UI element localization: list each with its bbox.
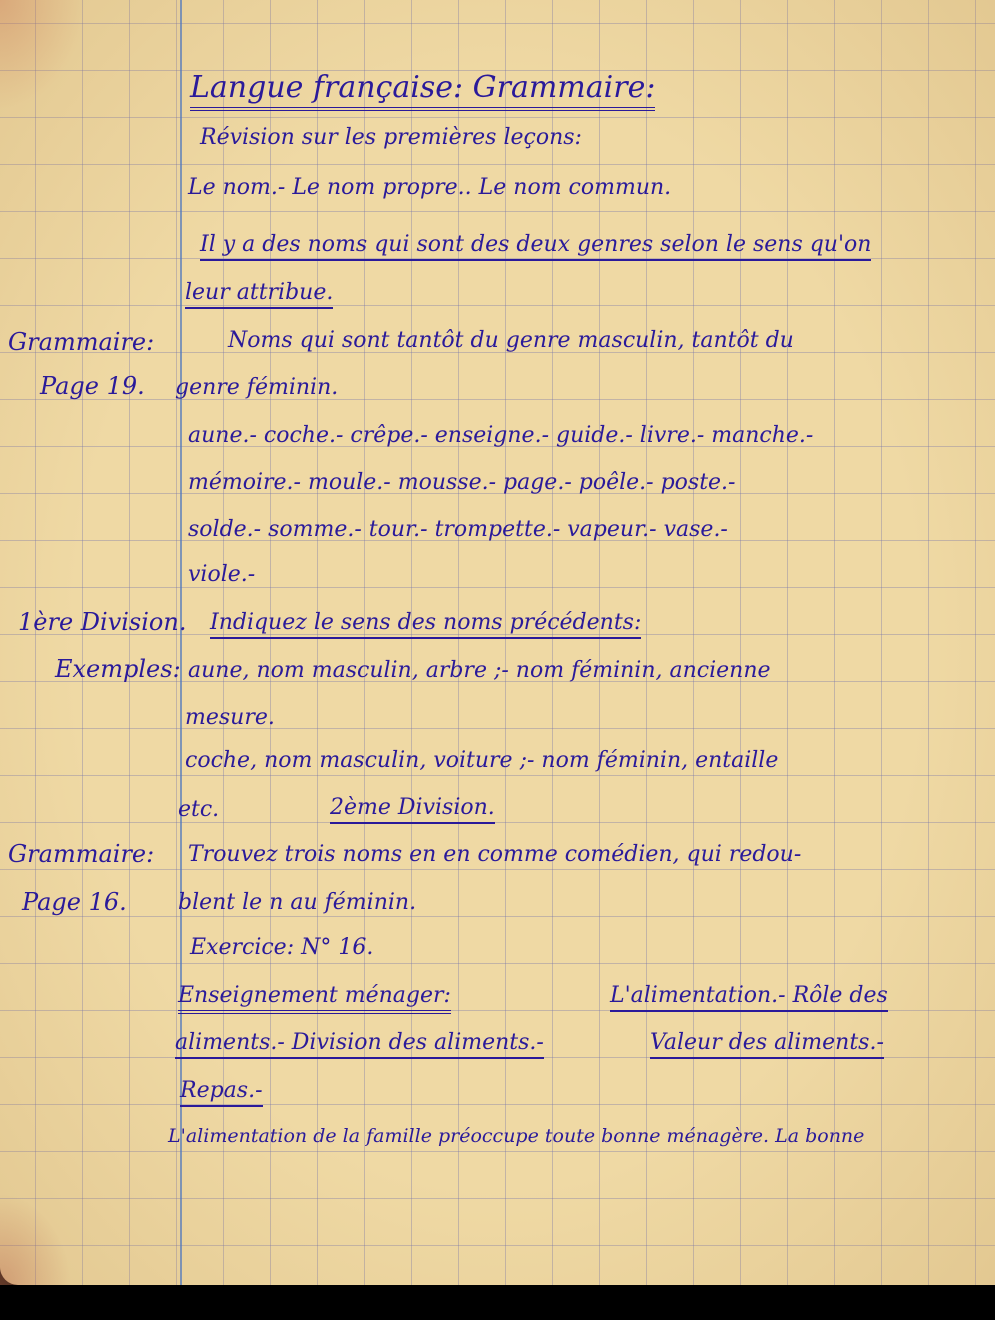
subtitle: Révision sur les premières leçons: [200,125,582,150]
margin-note-2a: 1ère Division. [18,608,186,636]
word-list-line: solde.- somme.- tour.- trompette.- vapeu… [188,517,728,542]
word-list-line: aune.- coche.- crêpe.- enseigne.- guide.… [188,423,813,448]
word-list-line: viole.- [188,562,255,587]
margin-note-3a: Grammaire: [8,840,154,868]
menager-heading: Enseignement ménager: [178,983,451,1014]
rule-line-2: leur attribue. [185,280,333,309]
word-list-line: mémoire.- moule.- mousse.- page.- poêle.… [188,470,735,495]
page-title: Langue française: Grammaire: [190,70,655,111]
menager-line-2b: Valeur des aliments.- [650,1030,884,1059]
example-2b: etc. [178,797,219,822]
example-2a: coche, nom masculin, voiture ;- nom fémi… [185,748,778,773]
margin-note-1b: Page 19. [40,372,145,400]
menager-line-3: Repas.- [180,1078,263,1107]
division2-label: 2ème Division. [330,795,495,824]
lesson-intro-2: genre féminin. [175,375,338,400]
exercise-number: Exercice: N° 16. [190,935,373,960]
exercise-line-1: Trouvez trois noms en en comme comédien,… [188,842,801,867]
lesson-intro-1: Noms qui sont tantôt du genre masculin, … [228,328,794,353]
division1-instruction: Indiquez le sens des noms précédents: [210,610,641,639]
menager-text: L'alimentation de la famille préoccupe t… [168,1125,864,1147]
heading-line: Le nom.- Le nom propre.. Le nom commun. [188,175,671,200]
example-1b: mesure. [185,705,275,730]
margin-note-1a: Grammaire: [8,328,154,356]
margin-note-2b: Exemples: [55,655,181,683]
menager-topic-1: L'alimentation.- Rôle des [610,983,888,1012]
bottom-border [0,1285,995,1320]
exercise-line-2: blent le n au féminin. [178,890,416,915]
example-1a: aune, nom masculin, arbre ;- nom féminin… [188,658,771,683]
rule-line-1: Il y a des noms qui sont des deux genres… [200,232,871,261]
margin-note-3b: Page 16. [22,888,127,916]
notebook-page: Langue française: Grammaire: Révision su… [0,0,995,1285]
menager-line-2a: aliments.- Division des aliments.- [175,1030,544,1059]
